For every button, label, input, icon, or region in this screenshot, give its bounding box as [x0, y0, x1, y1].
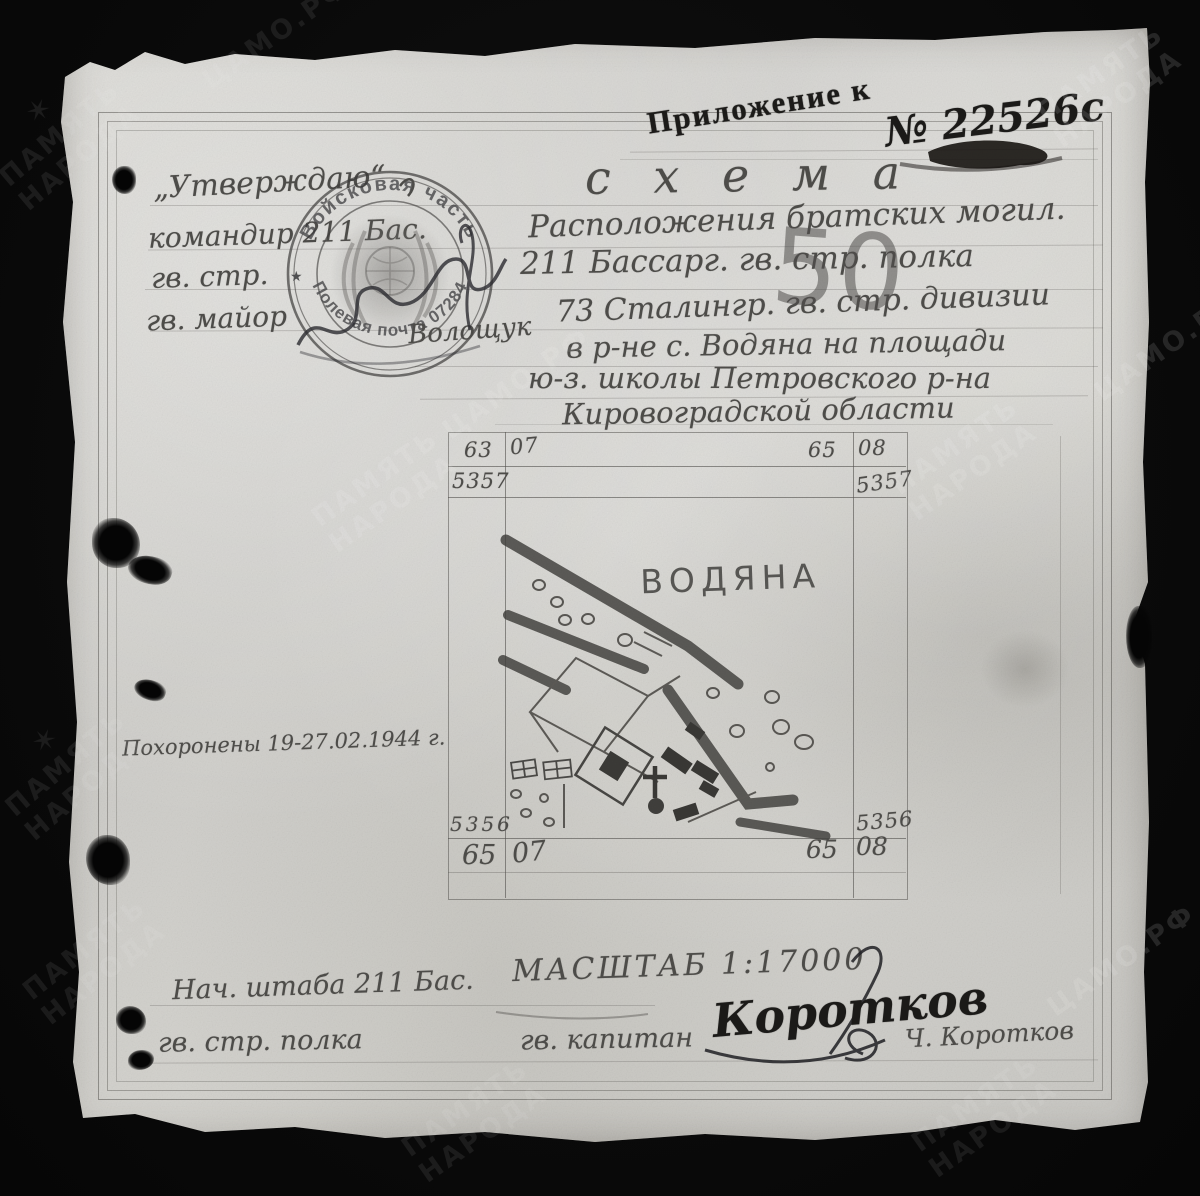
building-symbols — [511, 759, 572, 779]
title-line-6: ю-з. школы Петровского р-на — [528, 361, 991, 395]
edge-notch — [1126, 606, 1152, 668]
house-circles — [511, 580, 813, 826]
village-streets — [530, 632, 756, 828]
military-unit-round-stamp: Войсковая часть Полевая почта 07284 ★ — [281, 165, 499, 383]
village-name-label: ВОДЯНА — [640, 556, 822, 601]
approval-line-4: гв. майор — [145, 300, 287, 338]
approval-line-3: гв. стр. — [150, 258, 268, 295]
page-number: 50 — [769, 214, 908, 327]
punch-hole — [86, 835, 130, 885]
grave-markers — [661, 722, 720, 822]
ink-spot — [112, 166, 136, 194]
title-line-7: Кировоградской области — [562, 391, 955, 432]
stamp-star-separator: ★ — [290, 269, 303, 285]
schema-title: с х е м а — [585, 145, 915, 205]
hand-drawn-map: ВОДЯНА — [448, 432, 906, 898]
paper-tear — [116, 1006, 146, 1034]
grave-cross-symbol — [643, 766, 667, 814]
footer-line-2: гв. стр. полка — [158, 1024, 363, 1059]
crease-line — [1060, 436, 1061, 894]
footer-rank: гв. капитан — [520, 1022, 694, 1056]
scanned-document: Приложение к № 22526с „Утверждаю“ команд… — [0, 0, 1200, 1196]
